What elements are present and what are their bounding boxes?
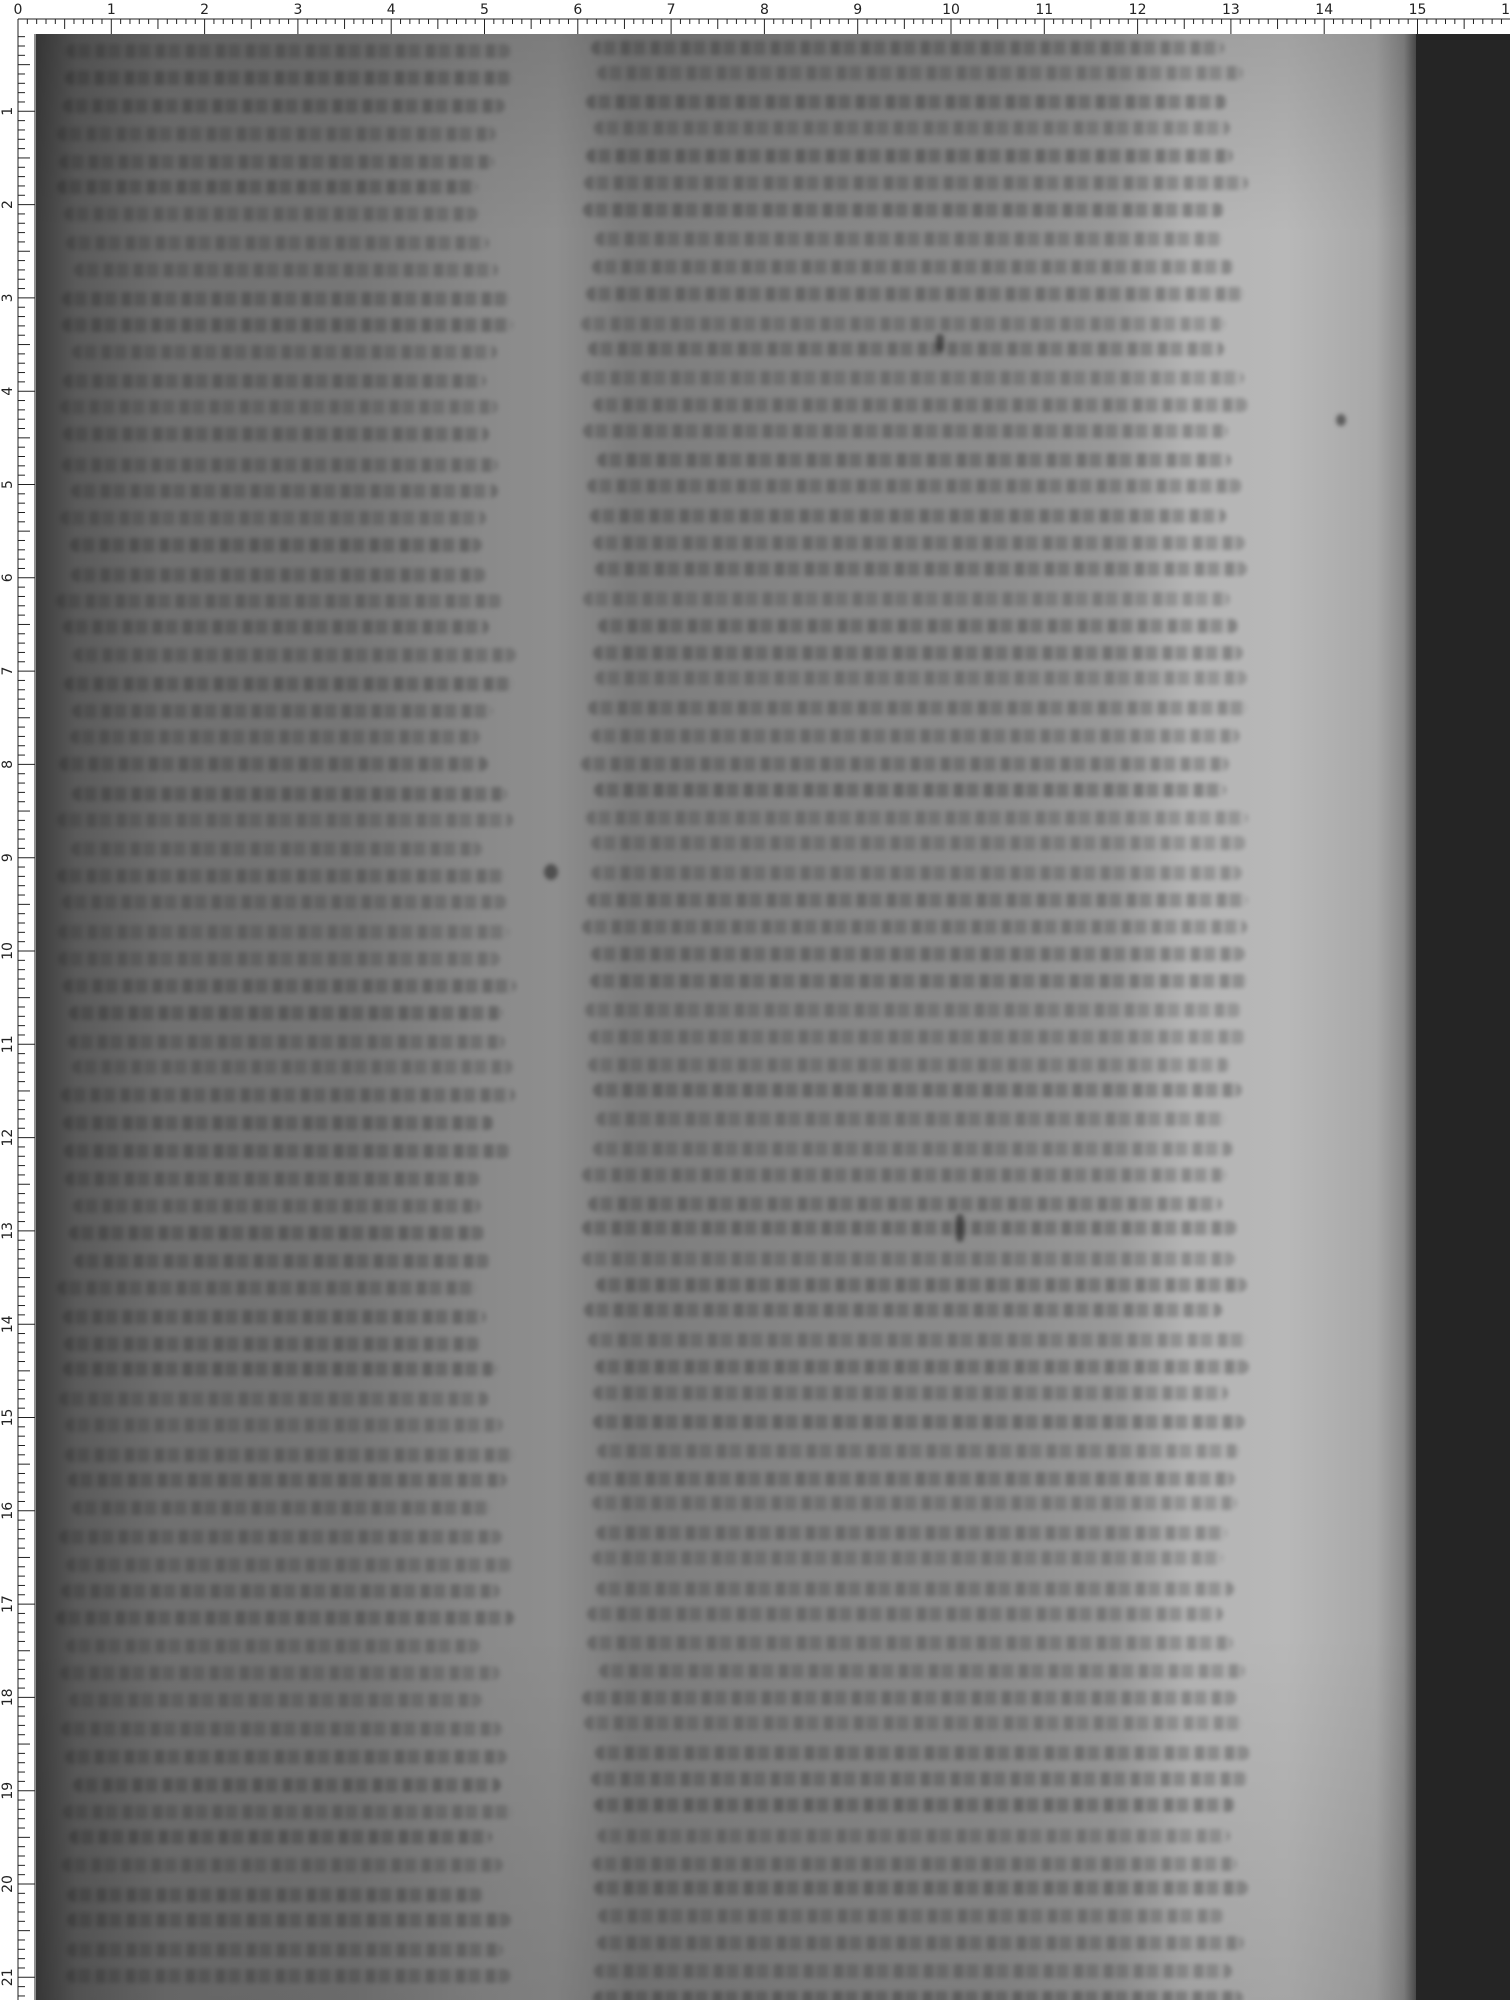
- ruler-top-label: 5: [480, 2, 489, 18]
- ruler-left-label: 20: [0, 1875, 16, 1893]
- ruler-left-label: 9: [0, 853, 16, 862]
- background-beyond-edge: [1416, 34, 1510, 2000]
- ruler-top-label: 10: [942, 2, 960, 18]
- ruler-left-label: 14: [0, 1315, 16, 1333]
- manuscript-scan-image: [36, 34, 1510, 2000]
- ruler-left-label: 2: [0, 200, 16, 209]
- ruler-left-label: 21: [0, 1968, 16, 1986]
- horizontal-ruler-ticks: 01234567891011121314151: [0, 0, 1510, 34]
- ruler-left-label: 1: [0, 107, 16, 116]
- ruler-top-label: 12: [1129, 2, 1147, 18]
- ruler-left-label: 7: [0, 667, 16, 676]
- vertical-ruler-ticks: 123456789101112131415161718192021: [0, 0, 36, 2000]
- ruler-top-label: 9: [853, 2, 862, 18]
- ruler-top-label: 2: [200, 2, 209, 18]
- ruler-left-label: 12: [0, 1129, 16, 1147]
- ruler-top-label: 1: [1501, 2, 1510, 18]
- ruler-left-label: 16: [0, 1502, 16, 1520]
- ruler-left-label: 18: [0, 1688, 16, 1706]
- ruler-left-label: 5: [0, 480, 16, 489]
- ruler-top-label: 15: [1409, 2, 1427, 18]
- vignette: [36, 34, 1510, 2000]
- ruler-top-label: 11: [1035, 2, 1053, 18]
- ruler-top-label: 4: [387, 2, 396, 18]
- ruler-left-label: 3: [0, 293, 16, 302]
- vertical-ruler: 123456789101112131415161718192021: [0, 0, 36, 2000]
- ruler-left-label: 17: [0, 1595, 16, 1613]
- ruler-left-label: 10: [0, 942, 16, 960]
- ruler-left-label: 11: [0, 1035, 16, 1053]
- horizontal-ruler: 01234567891011121314151: [0, 0, 1510, 34]
- ruler-left-label: 13: [0, 1222, 16, 1240]
- ruler-left-label: 4: [0, 387, 16, 396]
- ruler-top-label: 6: [573, 2, 582, 18]
- ruler-top-label: 8: [760, 2, 769, 18]
- ruler-top-label: 13: [1222, 2, 1240, 18]
- ruler-top-label: 0: [14, 2, 23, 18]
- ruler-left-label: 15: [0, 1409, 16, 1427]
- ruler-top-label: 7: [667, 2, 676, 18]
- ruler-top-label: 1: [107, 2, 116, 18]
- ruler-left-label: 8: [0, 760, 16, 769]
- ruler-left-label: 19: [0, 1782, 16, 1800]
- ruler-top-label: 14: [1315, 2, 1333, 18]
- ruler-top-label: 3: [293, 2, 302, 18]
- ruler-left-label: 6: [0, 573, 16, 582]
